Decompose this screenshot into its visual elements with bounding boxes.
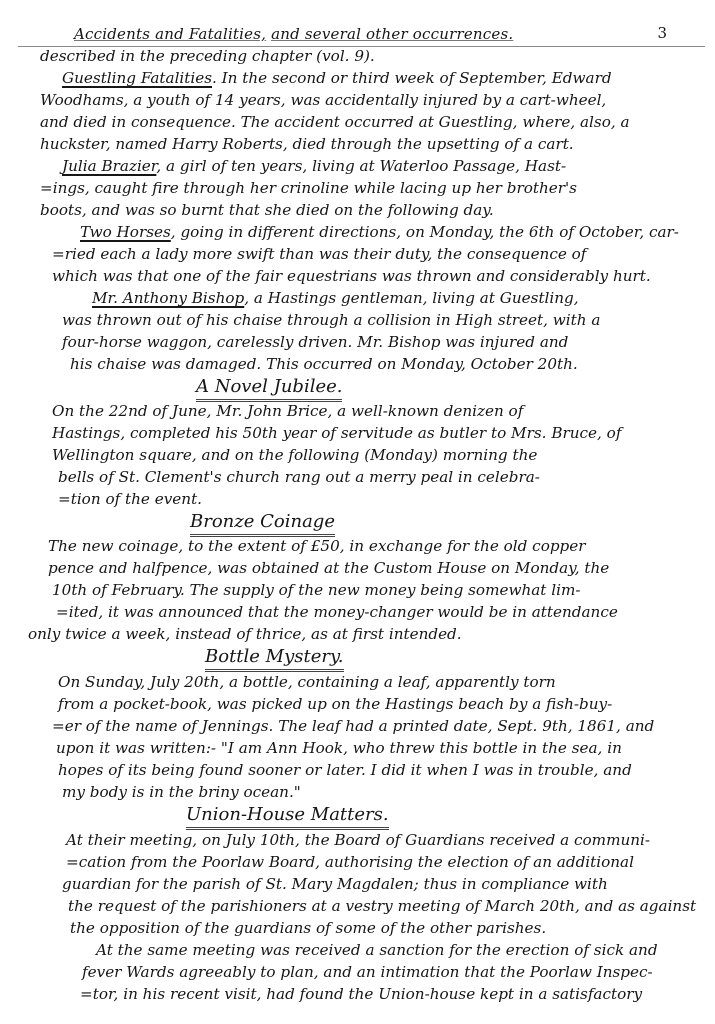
text-line: =tor, in his recent visit, had found the…	[80, 984, 642, 1004]
section-heading: Union-House Matters.	[186, 804, 389, 830]
text-line: only twice a week, instead of thrice, as…	[28, 624, 462, 644]
text-line: On the 22nd of June, Mr. John Brice, a w…	[52, 401, 523, 421]
text-line: =tion of the event.	[58, 489, 202, 509]
subject-name: Julia Brazier	[62, 157, 156, 175]
running-title-part1: Accidents and Fatalities,	[74, 25, 266, 43]
subject-name: Guestling Fatalities	[62, 69, 212, 87]
subject-name: Mr. Anthony Bishop	[92, 289, 244, 307]
text-line: bells of St. Clement's church rang out a…	[58, 467, 540, 487]
running-title-part2: and several other occurrences.	[271, 25, 513, 43]
text-line: Julia Brazier, a girl of ten years, livi…	[62, 156, 566, 176]
text-line: described in the preceding chapter (vol.…	[40, 46, 375, 66]
text-line: Woodhams, a youth of 14 years, was accid…	[40, 90, 606, 110]
text-line: Hastings, completed his 50th year of ser…	[52, 423, 621, 443]
section-heading: Bottle Mystery.	[205, 646, 344, 672]
manuscript-page: Accidents and Fatalities, and several ot…	[0, 0, 715, 1024]
text-line: =cation from the Poorlaw Board, authoris…	[66, 852, 634, 872]
text-line: the opposition of the guardians of some …	[70, 918, 546, 938]
text-line: Mr. Anthony Bishop, a Hastings gentleman…	[92, 288, 579, 308]
text-line: from a pocket-book, was picked up on the…	[58, 694, 612, 714]
text-line: =ried each a lady more swift than was th…	[52, 244, 586, 264]
text-line: his chaise was damaged. This occurred on…	[70, 354, 578, 374]
text-line: which was that one of the fair equestria…	[52, 266, 651, 286]
text-line: pence and halfpence, was obtained at the…	[48, 558, 609, 578]
text-line: upon it was written:- "I am Ann Hook, wh…	[56, 738, 622, 758]
text-line: The new coinage, to the extent of £50, i…	[48, 536, 586, 556]
text-line: =er of the name of Jennings. The leaf ha…	[52, 716, 654, 736]
text-line: Wellington square, and on the following …	[52, 445, 537, 465]
text-line: At the same meeting was received a sanct…	[96, 940, 658, 960]
text-line: the request of the parishioners at a ves…	[68, 896, 696, 916]
text-line: and died in consequence. The accident oc…	[40, 112, 630, 132]
section-heading: Bronze Coinage	[190, 511, 335, 537]
running-title: Accidents and Fatalities, and several ot…	[74, 25, 513, 43]
text-line: 10th of February. The supply of the new …	[52, 580, 580, 600]
text-line: =ings, caught fire through her crinoline…	[40, 178, 577, 198]
text-line: At their meeting, on July 10th, the Boar…	[66, 830, 650, 850]
page-header: Accidents and Fatalities, and several ot…	[18, 22, 705, 47]
text-line: my body is in the briny ocean."	[62, 782, 301, 802]
text-line: was thrown out of his chaise through a c…	[62, 310, 600, 330]
text-line: fever Wards agreeably to plan, and an in…	[82, 962, 653, 982]
text-line: On Sunday, July 20th, a bottle, containi…	[58, 672, 556, 692]
section-heading: A Novel Jubilee.	[196, 376, 342, 402]
text-line: Two Horses, going in different direction…	[80, 222, 679, 242]
text-line: boots, and was so burnt that she died on…	[40, 200, 494, 220]
page-number: 3	[657, 24, 667, 42]
text-line: huckster, named Harry Roberts, died thro…	[40, 134, 574, 154]
text-line: guardian for the parish of St. Mary Magd…	[62, 874, 608, 894]
text-line: four-horse waggon, carelessly driven. Mr…	[62, 332, 568, 352]
text-line: hopes of its being found sooner or later…	[58, 760, 632, 780]
subject-name: Two Horses	[80, 223, 171, 241]
text-line: =ited, it was announced that the money-c…	[56, 602, 618, 622]
text-line: Guestling Fatalities. In the second or t…	[62, 68, 612, 88]
